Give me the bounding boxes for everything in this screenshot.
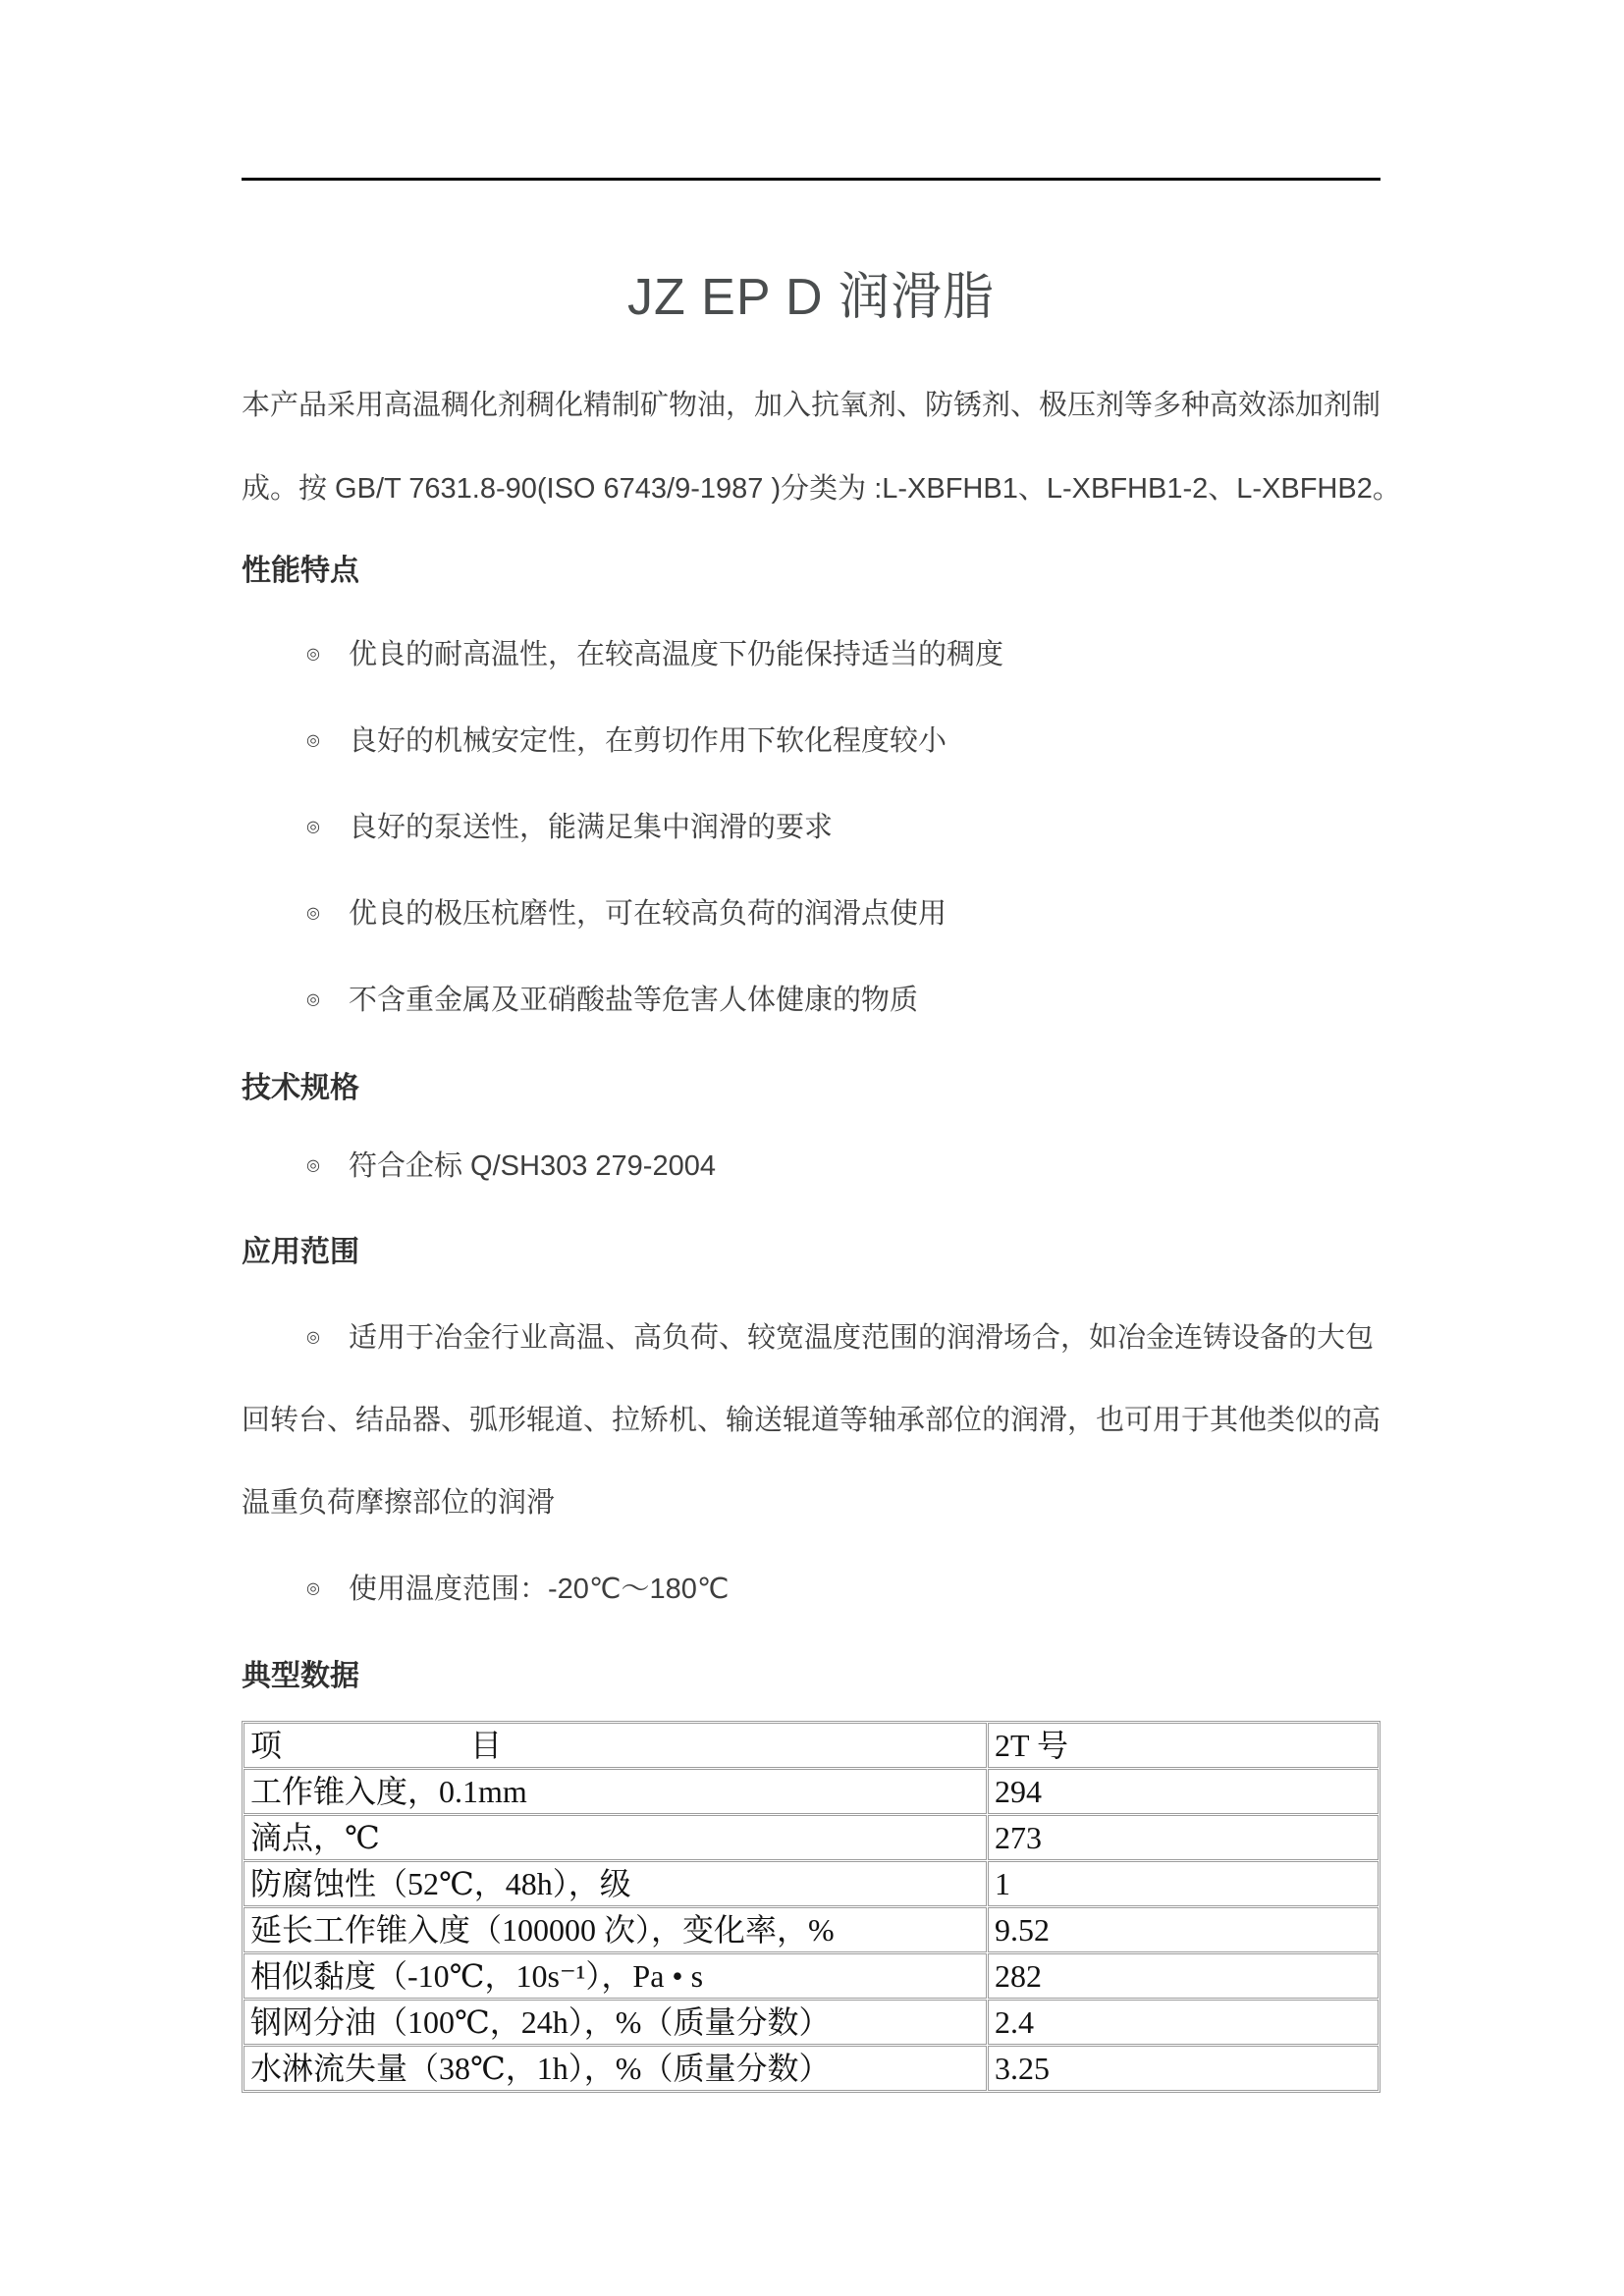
list-item-text: 使用温度范围：-20℃～180℃ [349, 1574, 729, 1605]
typical-data-table: 项 目 2T 号 工作锥入度，0.1mm 294 滴点，℃ 273 防腐蚀性（5… [242, 1721, 1380, 2093]
list-item-text: 良好的机械安定性，在剪切作用下软化程度较小 [349, 725, 947, 757]
table-cell-value: 294 [988, 1769, 1379, 1814]
document-content: JZ EP D 润滑脂 本产品采用高温稠化剂稠化精制矿物油，加入抗氧剂、防锈剂、… [242, 0, 1380, 2093]
page-title: JZ EP D 润滑脂 [242, 262, 1380, 333]
table-cell-value: 273 [988, 1815, 1379, 1860]
table-cell-value: 2.4 [988, 2000, 1379, 2045]
table-header-grade: 2T 号 [988, 1723, 1379, 1768]
table-cell-property: 工作锥入度，0.1mm [244, 1769, 987, 1814]
ring-bullet-icon: ◎ [306, 698, 349, 784]
table-header-item: 项 目 [244, 1723, 987, 1768]
table-cell-property: 钢网分油（100℃，24h），%（质量分数） [244, 2000, 987, 2045]
list-item: ◎优良的耐高温性，在较高温度下仍能保持适当的稠度 [242, 612, 1380, 698]
section-heading-application: 应用范围 [242, 1232, 1380, 1273]
list-item: ◎良好的泵送性，能满足集中润滑的要求 [242, 784, 1380, 871]
header-rule [242, 178, 1380, 181]
table-row: 工作锥入度，0.1mm 294 [244, 1769, 1379, 1814]
list-item-continuation: 回转台、结品器、弧形辊道、拉矫机、输送辊道等轴承部位的润滑，也可用于其他类似的高 [242, 1379, 1380, 1462]
table-row: 钢网分油（100℃，24h），%（质量分数） 2.4 [244, 2000, 1379, 2045]
intro-paragraph: 本产品采用高温稠化剂稠化精制矿物油，加入抗氧剂、防锈剂、极压剂等多种高效添加剂制… [242, 364, 1380, 531]
table-cell-value: 3.25 [988, 2046, 1379, 2091]
table-cell-property: 滴点，℃ [244, 1815, 987, 1860]
intro-line-2: 成。按 GB/T 7631.8-90(ISO 6743/9-1987 )分类为 … [242, 448, 1380, 531]
ring-bullet-icon: ◎ [306, 871, 349, 957]
list-item-text: 不含重金属及亚硝酸盐等危害人体健康的物质 [349, 985, 918, 1016]
list-item-text: 符合企标 Q/SH303 279-2004 [349, 1150, 716, 1182]
table-cell-property: 防腐蚀性（52℃，48h），级 [244, 1861, 987, 1906]
table-cell-property: 延长工作锥入度（100000 次），变化率，% [244, 1907, 987, 1952]
table-header-row: 项 目 2T 号 [244, 1723, 1379, 1768]
table-row: 防腐蚀性（52℃，48h），级 1 [244, 1861, 1379, 1906]
list-item-text: 适用于冶金行业高温、高负荷、较宽温度范围的润滑场合，如冶金连铸设备的大包 [349, 1322, 1374, 1354]
ring-bullet-icon: ◎ [306, 784, 349, 871]
list-item: ◎优良的极压杭磨性，可在较高负荷的润滑点使用 [242, 871, 1380, 957]
list-item: ◎不含重金属及亚硝酸盐等危害人体健康的物质 [242, 957, 1380, 1043]
list-item-text: 优良的耐高温性，在较高温度下仍能保持适当的稠度 [349, 639, 1003, 670]
table-row: 滴点，℃ 273 [244, 1815, 1379, 1860]
section-heading-typical-data: 典型数据 [242, 1656, 1380, 1697]
table-cell-property: 水淋流失量（38℃，1h），%（质量分数） [244, 2046, 987, 2091]
table-row: 水淋流失量（38℃，1h），%（质量分数） 3.25 [244, 2046, 1379, 2091]
list-item-text: 优良的极压杭磨性，可在较高负荷的润滑点使用 [349, 898, 947, 930]
ring-bullet-icon: ◎ [306, 612, 349, 698]
list-item: ◎使用温度范围：-20℃～180℃ [242, 1546, 1380, 1632]
list-item: ◎适用于冶金行业高温、高负荷、较宽温度范围的润滑场合，如冶金连铸设备的大包 [242, 1297, 1380, 1379]
ring-bullet-icon: ◎ [306, 1297, 349, 1379]
section-heading-spec: 技术规格 [242, 1068, 1380, 1109]
list-item: ◎良好的机械安定性，在剪切作用下软化程度较小 [242, 698, 1380, 784]
ring-bullet-icon: ◎ [306, 1546, 349, 1632]
table-row: 延长工作锥入度（100000 次），变化率，% 9.52 [244, 1907, 1379, 1952]
table-cell-value: 282 [988, 1953, 1379, 1999]
ring-bullet-icon: ◎ [306, 1123, 349, 1209]
document-page: JZ EP D 润滑脂 本产品采用高温稠化剂稠化精制矿物油，加入抗氧剂、防锈剂、… [0, 0, 1624, 2296]
list-item: ◎符合企标 Q/SH303 279-2004 [242, 1123, 1380, 1209]
table-cell-value: 1 [988, 1861, 1379, 1906]
ring-bullet-icon: ◎ [306, 957, 349, 1043]
table-row: 相似黏度（-10℃，10s⁻¹），Pa • s 282 [244, 1953, 1379, 1999]
section-heading-performance: 性能特点 [242, 551, 1380, 592]
intro-line-1: 本产品采用高温稠化剂稠化精制矿物油，加入抗氧剂、防锈剂、极压剂等多种高效添加剂制 [242, 364, 1380, 448]
list-item-continuation: 温重负荷摩擦部位的润滑 [242, 1462, 1380, 1544]
performance-list: ◎优良的耐高温性，在较高温度下仍能保持适当的稠度 ◎良好的机械安定性，在剪切作用… [242, 612, 1380, 1043]
table-cell-value: 9.52 [988, 1907, 1379, 1952]
list-item-text: 良好的泵送性，能满足集中润滑的要求 [349, 812, 833, 843]
table-cell-property: 相似黏度（-10℃，10s⁻¹），Pa • s [244, 1953, 987, 1999]
